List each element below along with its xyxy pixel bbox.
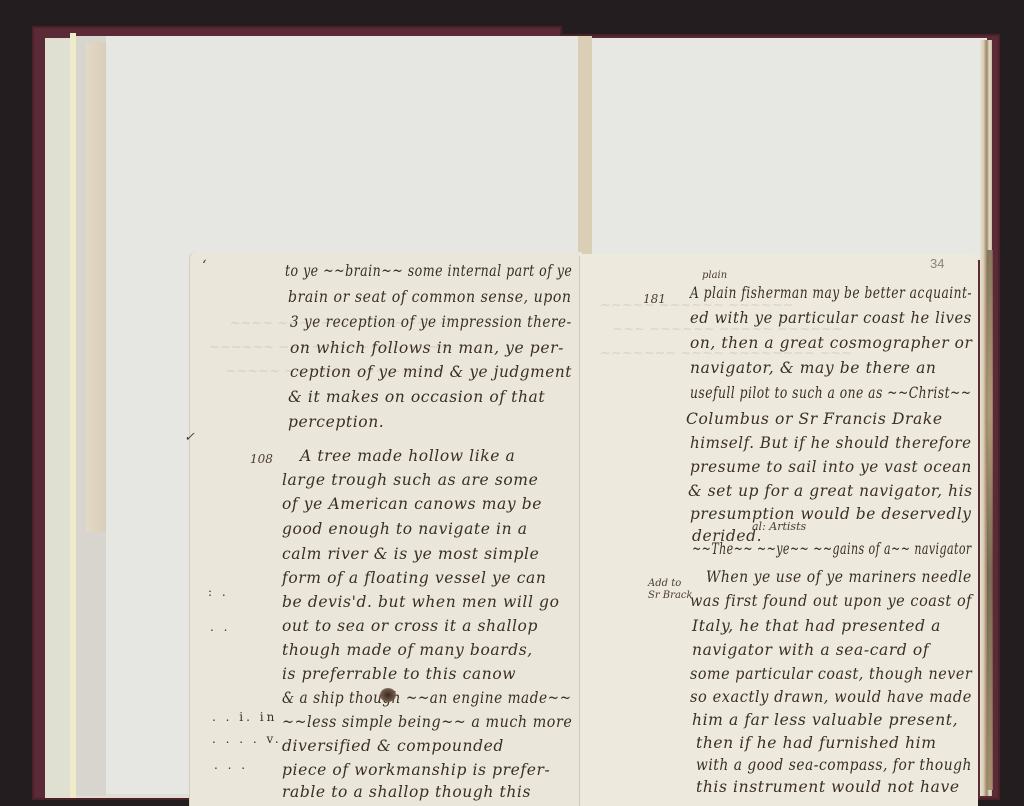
margin-reference: 108 (250, 452, 273, 466)
text-line: is preferrable to this canow (282, 665, 516, 683)
text-line: to ye ~~brain~~ some internal part of ye (285, 262, 572, 280)
spine-hinge-strip (578, 36, 592, 262)
text-line: be devis'd. but when men will go (282, 593, 560, 611)
margin-dots: . . i. in (212, 710, 277, 724)
text-line: perception. (288, 413, 384, 431)
text-line: presume to sail into ye vast ocean (690, 458, 972, 476)
text-line: large trough such as are some (282, 471, 538, 489)
text-line: on, then a great cosmographer or (690, 334, 972, 352)
text-line: A plain fisherman may be better acquaint… (690, 284, 972, 302)
text-line: good enough to navigate in a (282, 520, 528, 538)
margin-mark: ‘ (202, 258, 206, 274)
text-line: though made of many boards, (282, 641, 533, 659)
text-line: Columbus or Sr Francis Drake (686, 410, 943, 428)
text-line: diversified & compounded (282, 737, 504, 755)
text-line: calm river & is ye most simple (282, 545, 539, 563)
text-line: so exactly drawn, would have made (690, 688, 972, 706)
text-line: was first found out upon ye coast of (690, 592, 972, 610)
text-line: usefull pilot to such a one as ~~Christ~… (690, 384, 972, 402)
margin-reference: 181 (643, 292, 666, 306)
text-line: out to sea or cross it a shallop (282, 617, 538, 635)
text-line: piece of workmanship is prefer- (282, 761, 550, 779)
text-line: himself. But if he should therefore (690, 434, 972, 452)
text-line: then if he had furnished him (696, 734, 937, 752)
text-line: & set up for a great navigator, his (688, 482, 973, 500)
text-line: 3 ye reception of ye impression there- (290, 313, 572, 331)
text-line: brain or seat of common sense, upon (288, 288, 572, 306)
margin-dots: : . (208, 585, 229, 599)
text-line: navigator with a sea-card of (692, 641, 929, 659)
margin-note: Add to (648, 578, 681, 589)
heading-interlinear: al: Artists (752, 520, 806, 533)
text-line: with a good sea-compass, for though (696, 756, 972, 774)
margin-dots: . . . . v. (212, 732, 282, 746)
text-line: & it makes on occasion of that (288, 388, 545, 406)
text-line: this instrument would not have (696, 778, 960, 796)
margin-tick: ✓ (184, 430, 195, 445)
text-line: navigator, & may be there an (690, 359, 937, 377)
text-line: some particular coast, though never (690, 665, 972, 683)
ink-blot (380, 688, 396, 702)
text-line: form of a floating vessel ye can (282, 569, 546, 587)
text-line: & a ship though ~~an engine made~~ (282, 689, 572, 707)
text-line: rable to a shallop though this (282, 783, 531, 801)
section-heading: ~~The~~ ~~ye~~ ~~gains of a~~ navigator (692, 540, 972, 558)
fore-edge-shadow (987, 250, 993, 790)
show-through-text: ~~~~~ ~~~~~~ ~~~~~~ ~~~ ~~~~~~ ~~~~~ ~~~… (600, 294, 852, 366)
text-line: ~~less simple being~~ a much more (282, 713, 572, 731)
text-line: ed with ye particular coast he lives (690, 309, 972, 327)
guard-sheet-right (592, 38, 987, 260)
text-line: presumption would be deservedly (690, 505, 972, 523)
interlinear-insertion: plain (702, 270, 727, 281)
folio-number: 34 (930, 256, 944, 271)
text-line: of ye American canows may be (282, 495, 542, 513)
text-line: on which follows in man, ye per- (290, 339, 564, 357)
text-line: When ye use of ye mariners needle (706, 568, 972, 586)
gutter-fold (579, 256, 580, 806)
text-line: Italy, he that had presented a (692, 617, 941, 635)
text-line: ception of ye mind & ye judgment (290, 363, 572, 381)
margin-dots: . . (210, 620, 230, 634)
text-line: A tree made hollow like a (300, 447, 515, 465)
margin-dots: . . . (214, 758, 248, 772)
margin-note: Sr Brack (648, 590, 693, 601)
text-line: him a far less valuable present, (692, 711, 958, 729)
